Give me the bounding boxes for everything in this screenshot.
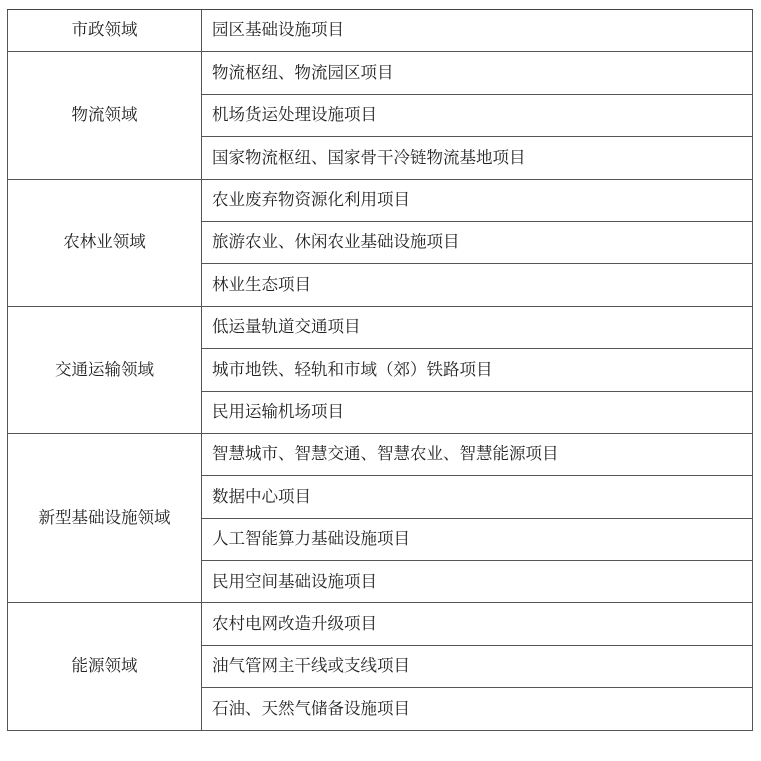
table-row: 市政领域 园区基础设施项目 xyxy=(8,10,753,52)
item-cell: 油气管网主干线或支线项目 xyxy=(202,645,753,687)
item-cell: 城市地铁、轻轨和市域（郊）铁路项目 xyxy=(202,349,753,391)
category-cell: 能源领域 xyxy=(8,603,202,730)
category-cell: 市政领域 xyxy=(8,10,202,52)
item-cell: 数据中心项目 xyxy=(202,476,753,518)
item-cell: 旅游农业、休闲农业基础设施项目 xyxy=(202,221,753,263)
item-cell: 园区基础设施项目 xyxy=(202,10,753,52)
item-cell: 智慧城市、智慧交通、智慧农业、智慧能源项目 xyxy=(202,433,753,475)
category-cell: 物流领域 xyxy=(8,52,202,179)
category-cell: 交通运输领域 xyxy=(8,306,202,433)
item-cell: 民用空间基础设施项目 xyxy=(202,561,753,603)
category-cell: 新型基础设施领域 xyxy=(8,433,202,603)
item-cell: 机场货运处理设施项目 xyxy=(202,94,753,136)
item-cell: 人工智能算力基础设施项目 xyxy=(202,518,753,560)
table-row: 新型基础设施领域 智慧城市、智慧交通、智慧农业、智慧能源项目 xyxy=(8,433,753,475)
table-row: 农林业领域 农业废弃物资源化利用项目 xyxy=(8,179,753,221)
project-domain-table: 市政领域 园区基础设施项目 物流领域 物流枢纽、物流园区项目 机场货运处理设施项… xyxy=(7,9,753,731)
item-cell: 农业废弃物资源化利用项目 xyxy=(202,179,753,221)
table-row: 物流领域 物流枢纽、物流园区项目 xyxy=(8,52,753,94)
table-row: 能源领域 农村电网改造升级项目 xyxy=(8,603,753,645)
table-row: 交通运输领域 低运量轨道交通项目 xyxy=(8,306,753,348)
item-cell: 国家物流枢纽、国家骨干冷链物流基地项目 xyxy=(202,137,753,179)
item-cell: 林业生态项目 xyxy=(202,264,753,306)
category-cell: 农林业领域 xyxy=(8,179,202,306)
item-cell: 农村电网改造升级项目 xyxy=(202,603,753,645)
item-cell: 民用运输机场项目 xyxy=(202,391,753,433)
item-cell: 低运量轨道交通项目 xyxy=(202,306,753,348)
item-cell: 石油、天然气储备设施项目 xyxy=(202,688,753,730)
item-cell: 物流枢纽、物流园区项目 xyxy=(202,52,753,94)
